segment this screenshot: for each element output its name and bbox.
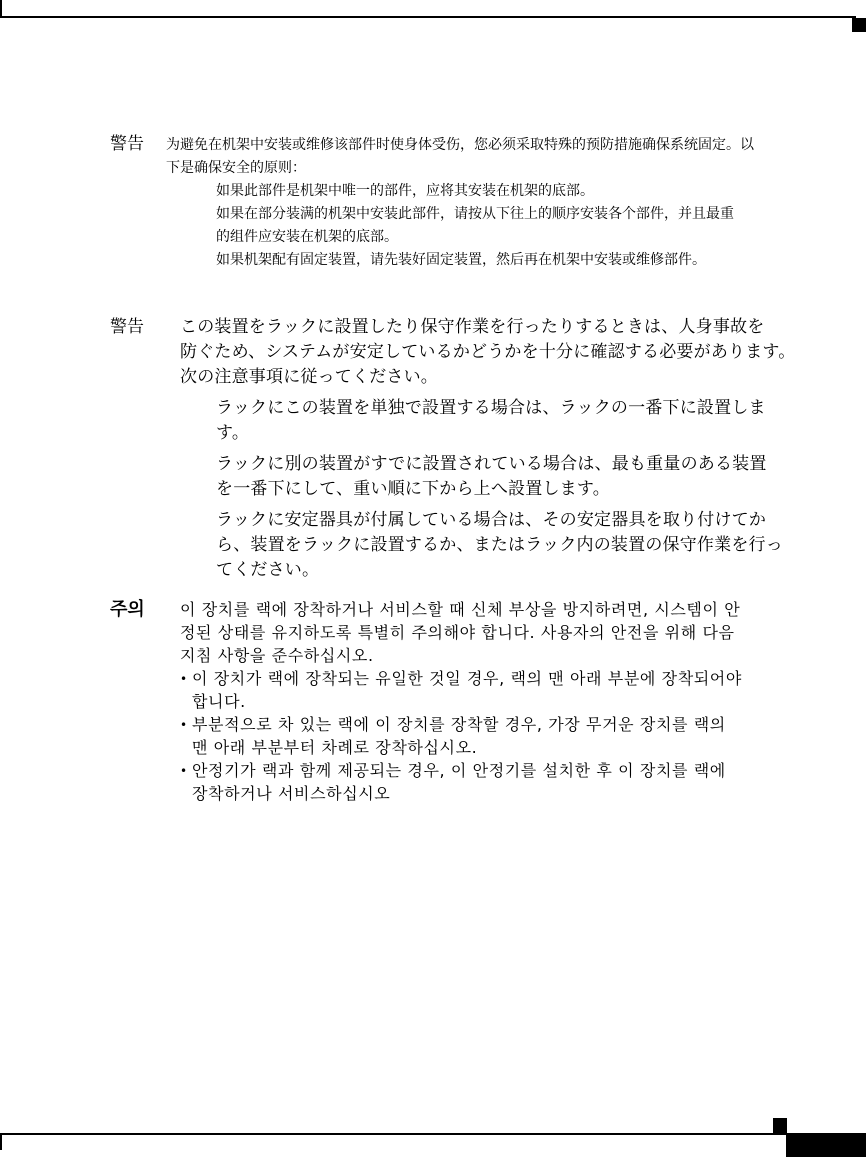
bullet-item: •부분적으로 차 있는 랙에 이 장치를 장착할 경우, 가장 무거운 장치를 … [180,713,860,759]
intro-line: 防ぐため、システムが安定しているかどうかを十分に確認する必要があります。 [180,340,860,365]
intro-line: 지침 사항을 준수하십시오. [180,644,860,667]
list-item: ラックに安定器具が付属している場合は、その安定器具を取り付けてか ら、装置をラッ… [180,508,860,583]
list-item: 如果机架配有固定装置，请先装好固定装置，然后再在机架中安装或维修部件。 [166,249,846,272]
intro-line: 次の注意事項に従ってください。 [180,365,860,390]
intro-line: 이 장치를 랙에 장착하거나 서비스할 때 신체 부상을 방지하려면, 시스템이… [180,598,860,621]
list-item-line: 부분적으로 차 있는 랙에 이 장치를 장착할 경우, 가장 무거운 장치를 랙… [192,715,726,734]
warning-body: この装置をラックに設置したり保守作業を行ったりするときは、人身事故を 防ぐため、… [180,315,860,583]
intro-line: 下是确保安全的原则： [166,157,846,180]
header-left-tick [0,0,2,17]
bullet-icon: • [180,714,192,737]
footer-rule [0,1133,786,1135]
list-item-continuation: 的组件应安装在机架的底部。 [166,226,846,249]
bullet-item: •이 장치가 랙에 장착되는 유일한 것일 경우, 랙의 맨 아래 부분에 장착… [180,667,860,713]
caution-body: 이 장치를 랙에 장착하거나 서비스할 때 신체 부상을 방지하려면, 시스템이… [180,598,860,805]
list-item: 如果在部分装满的机架中安装此部件，请按从下往上的顺序安装各个部件，并且最重 [166,203,846,226]
list-item-line: 안정기가 랙과 함께 제공되는 경우, 이 안정기를 설치한 후 이 장치를 랙… [192,761,726,780]
list-item-line: す。 [216,421,860,446]
list-item-line: 합니다. [180,690,860,713]
warning-label: 警告 [110,317,144,337]
list-item-line: てください。 [216,558,860,583]
list-item-line: ラックに安定器具が付属している場合は、その安定器具を取り付けてか [216,508,860,533]
footer-page-tab [786,1133,866,1157]
list-item-line: 이 장치가 랙에 장착되는 유일한 것일 경우, 랙의 맨 아래 부분에 장착되… [192,669,742,688]
list-item-line: ラックに別の装置がすでに設置されている場合は、最も重量のある装置 [216,452,860,477]
bullet-icon: • [180,760,192,783]
footer-left-tick [0,1134,2,1150]
list-item-line: 장착하거나 서비스하십시오 [180,782,860,805]
list-item-line: ラックにこの装置を単独で設置する場合は、ラックの一番下に設置しま [216,396,860,421]
list-item: 如果此部件是机架中唯一的部件，应将其安装在机架的底部。 [166,180,846,203]
warning-body: 为避免在机架中安装或维修该部件时使身体受伤，您必须采取特殊的预防措施确保系统固定… [166,134,846,272]
list-item-line: を一番下にして、重い順に下から上へ設置します。 [216,477,860,502]
caution-label: 주의 [110,600,145,620]
list-item: ラックにこの装置を単独で設置する場合は、ラックの一番下に設置しま す。 [180,396,860,446]
bullet-icon: • [180,668,192,691]
bullet-item: •안정기가 랙과 함께 제공되는 경우, 이 안정기를 설치한 후 이 장치를 … [180,759,860,805]
header-corner-block [852,18,866,32]
header-rule [0,16,856,18]
list-item-line: 맨 아래 부분부터 차례로 장착하십시오. [180,736,860,759]
intro-line: この装置をラックに設置したり保守作業を行ったりするときは、人身事故を [180,315,860,340]
footer-marker-block [773,1118,787,1134]
intro-line: 为避免在机架中安装或维修该部件时使身体受伤，您必须采取特殊的预防措施确保系统固定… [166,134,846,157]
intro-line: 정된 상태를 유지하도록 특별히 주의해야 합니다. 사용자의 안전을 위해 다… [180,621,860,644]
list-item-line: ら、装置をラックに設置するか、またはラック内の装置の保守作業を行っ [216,533,860,558]
list-item: ラックに別の装置がすでに設置されている場合は、最も重量のある装置 を一番下にして… [180,452,860,502]
warning-label: 警告 [110,134,144,154]
